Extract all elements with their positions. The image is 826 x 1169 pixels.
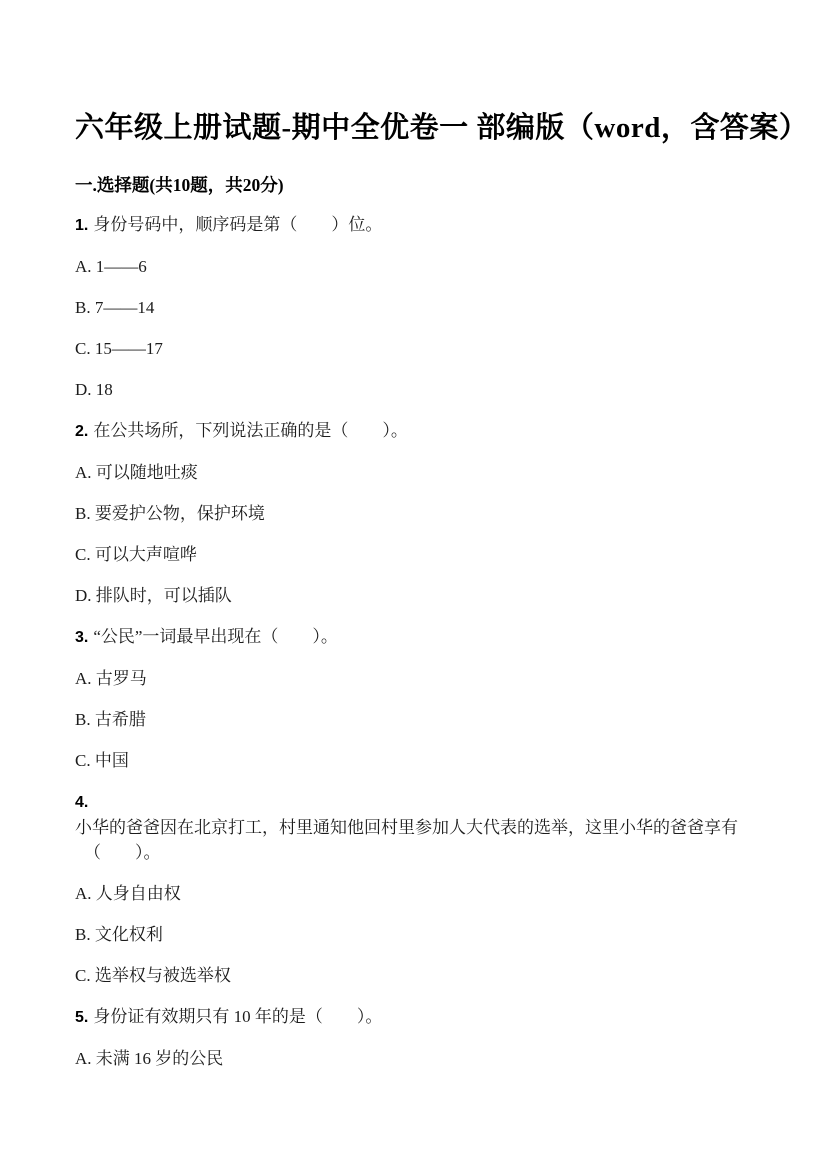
question-4-option-c: C. 选举权与被选举权 [75,963,754,988]
question-3-option-a: A. 古罗马 [75,666,754,691]
question-3-number: 3. [75,629,88,646]
question-3-text: “公民”一词最早出现在（ ）。 [93,627,338,646]
question-3-option-b: B. 古希腊 [75,707,754,732]
question-2-text: 在公共场所，下列说法正确的是（ ）。 [93,421,408,440]
question-5-text: 身份证有效期只有 10 年的是（ ）。 [93,1007,382,1026]
question-1-text: 身份号码中，顺序码是第（ ）位。 [93,215,382,234]
section-header: 一.选择题(共10题，共20分) [75,174,754,196]
question-2-option-d: D. 排队时，可以插队 [75,583,754,608]
question-2: 2.在公共场所，下列说法正确的是（ ）。 [75,418,754,444]
question-3-option-c: C. 中国 [75,748,754,773]
question-2-number: 2. [75,423,88,440]
question-1-option-a: A. 1——6 [75,254,754,279]
question-4-option-a: A. 人身自由权 [75,881,754,906]
question-5-number: 5. [75,1009,88,1026]
question-4-text-line1: 小华的爸爸因在北京打工，村里通知他回村里参加人大代表的选举，这里小华的爸爸享有 [75,818,738,837]
page-title: 六年级上册试题-期中全优卷一 部编版（word，含答案） [75,110,754,146]
question-4-option-b: B. 文化权利 [75,922,754,947]
question-1-option-b: B. 7——14 [75,295,754,320]
question-3: 3.“公民”一词最早出现在（ ）。 [75,624,754,650]
question-4: 4.小华的爸爸因在北京打工，村里通知他回村里参加人大代表的选举，这里小华的爸爸享… [75,789,754,865]
question-5-option-a: A. 未满 16 岁的公民 [75,1046,754,1071]
question-2-option-b: B. 要爱护公物，保护环境 [75,501,754,526]
question-5: 5.身份证有效期只有 10 年的是（ ）。 [75,1004,754,1030]
question-1-option-c: C. 15——17 [75,336,754,361]
question-4-number: 4. [75,794,88,811]
question-2-option-c: C. 可以大声喧哗 [75,542,754,567]
question-4-text-line2: （ ）。 [75,840,754,865]
question-2-option-a: A. 可以随地吐痰 [75,460,754,485]
document-page: 六年级上册试题-期中全优卷一 部编版（word，含答案） 一.选择题(共10题，… [0,0,826,1169]
question-1-number: 1. [75,217,88,234]
question-1-option-d: D. 18 [75,377,754,402]
question-1: 1.身份号码中，顺序码是第（ ）位。 [75,212,754,238]
document-content: 六年级上册试题-期中全优卷一 部编版（word，含答案） 一.选择题(共10题，… [0,0,826,1071]
